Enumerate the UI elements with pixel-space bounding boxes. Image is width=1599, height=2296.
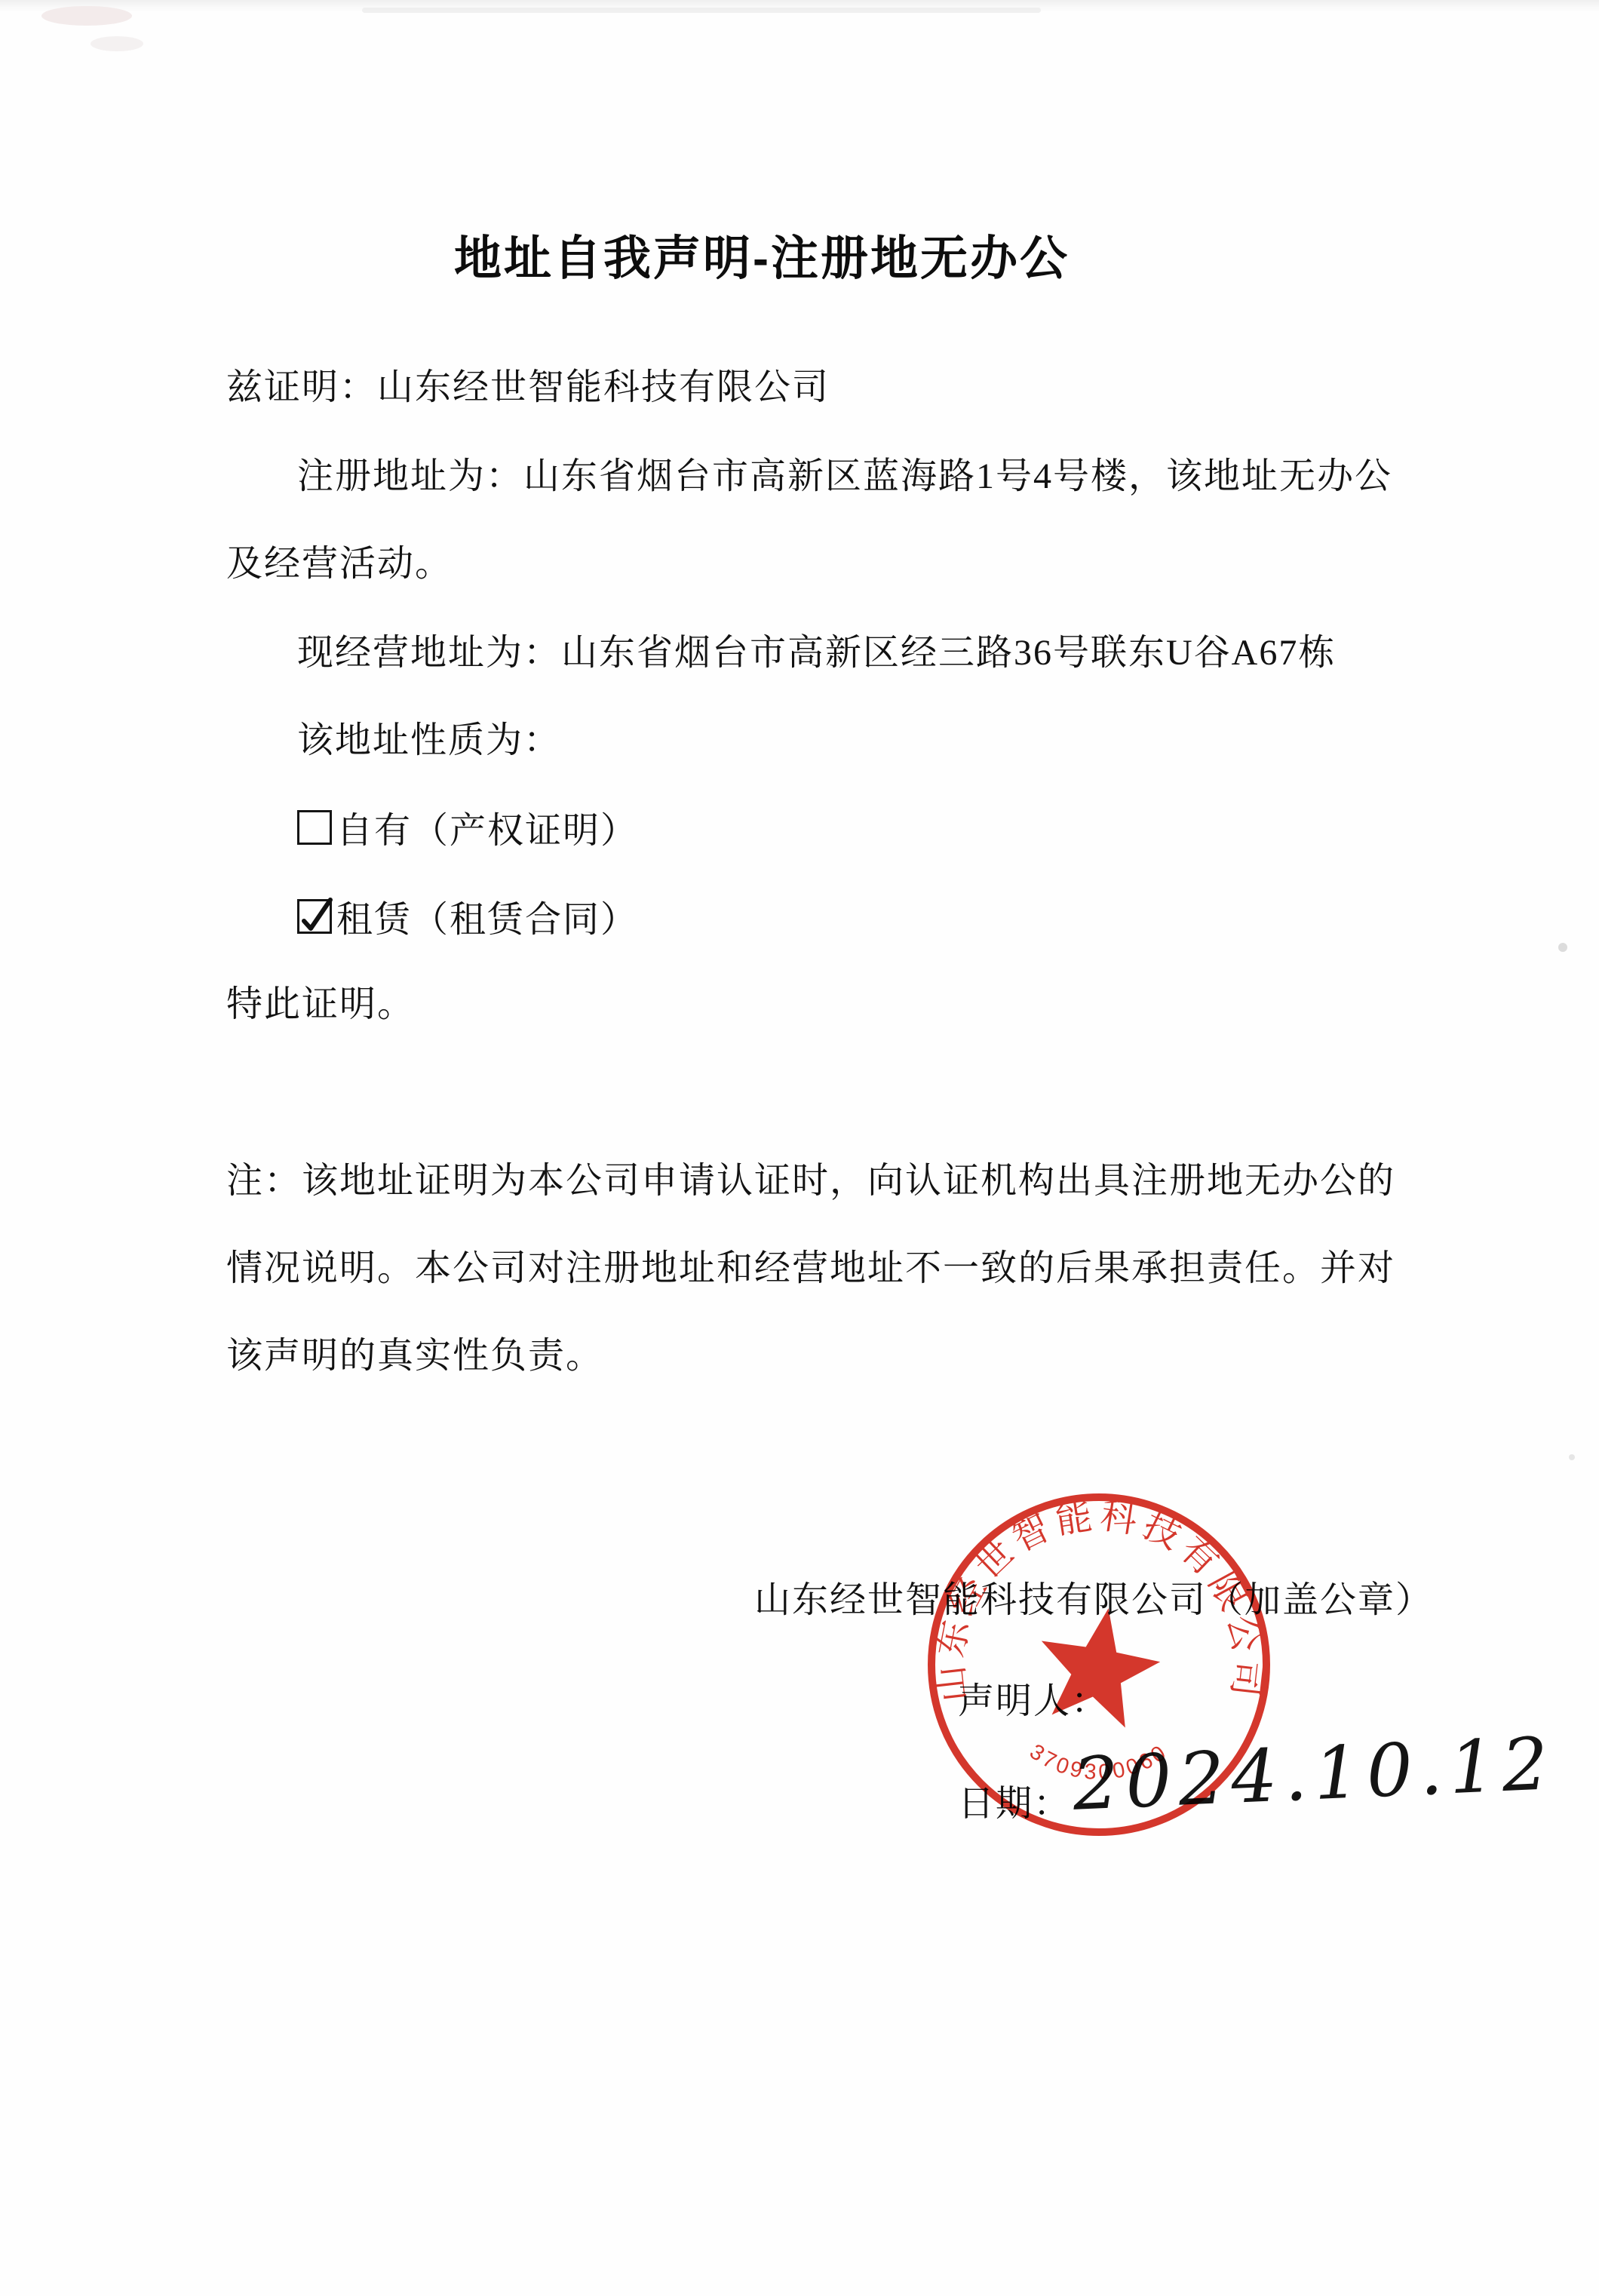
scan-artifact-top-streak: [362, 8, 1041, 13]
registered-address-cont: 及经营活动。: [226, 542, 453, 587]
checkbox-unchecked-icon: [297, 810, 332, 845]
document-title: 地址自我声明-注册地无办公: [0, 220, 1524, 289]
registered-address-line: 注册地址为：山东省烟台市高新区蓝海路1号4号楼，该地址无办公: [297, 454, 1392, 499]
handwritten-date: 2024.10.12: [1071, 1721, 1557, 1827]
declarant-label: 声明人：: [958, 1679, 1109, 1724]
note-line-2: 情况说明。本公司对注册地址和经营地址不一致的后果承担责任。并对: [226, 1246, 1395, 1291]
scan-smudge: [91, 36, 143, 51]
scanned-document-page: 地址自我声明-注册地无办公 兹证明：山东经世智能科技有限公司 注册地址为：山东省…: [0, 0, 1599, 2296]
option-owned-label: 自有（产权证明）: [336, 801, 638, 853]
scan-smudge: [41, 6, 132, 26]
company-seal-line: 山东经世智能科技有限公司（加盖公章）: [754, 1578, 1433, 1623]
option-owned: 自有（产权证明）: [297, 801, 638, 853]
scan-speck: [1569, 1454, 1575, 1460]
date-label: 日期：: [958, 1782, 1071, 1827]
option-rented-label: 租赁（租赁合同）: [336, 890, 638, 942]
certify-line: 兹证明：山东经世智能科技有限公司: [226, 365, 830, 410]
hereby-line: 特此证明。: [226, 982, 415, 1027]
option-rented: 租赁（租赁合同）: [297, 890, 638, 942]
note-line-1: 注：该地址证明为本公司申请认证时，向认证机构出具注册地无办公的: [226, 1159, 1395, 1204]
scan-speck: [1558, 943, 1567, 952]
note-line-3: 该声明的真实性负责。: [226, 1334, 603, 1379]
check-mark-icon: [296, 895, 333, 938]
current-address-line: 现经营地址为：山东省烟台市高新区经三路36号联东U谷A67栋: [297, 631, 1336, 676]
address-nature-line: 该地址性质为：: [297, 718, 561, 763]
checkbox-checked-icon: [297, 899, 332, 934]
